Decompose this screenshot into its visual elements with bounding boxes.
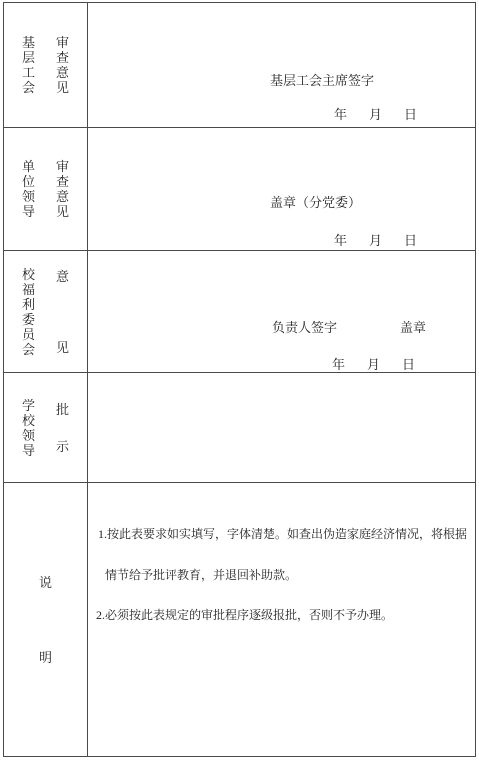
remark-line-3: 2.必须按此表规定的审批程序逐级报批，否则不予办理。	[96, 608, 393, 623]
approval-form-page: 基层工会 审查意见 基层工会主席签字 年 月 日 单位领导 审查意见 盖章（分党…	[0, 0, 479, 763]
row-school-leader-instruction: 学校领导 批 示	[4, 373, 475, 483]
union-chairman-signature-label: 基层工会主席签字	[270, 73, 374, 88]
date-line: 年 月 日	[332, 357, 415, 372]
vertical-label-remarks: 说 明	[39, 575, 53, 665]
header-cell-remarks: 说 明	[4, 483, 88, 756]
vertical-label-school-leader: 学校领导	[22, 398, 36, 458]
month-label: 月	[369, 107, 382, 122]
content-cell-welfare-committee: 负责人签字 盖章 年 月 日	[88, 251, 475, 372]
vertical-label-grassroots-union: 基层工会	[22, 35, 36, 95]
vertical-label-instruction: 批 示	[56, 402, 70, 454]
content-cell-grassroots-union: 基层工会主席签字 年 月 日	[88, 3, 475, 127]
vertical-label-review-opinion: 审查意见	[56, 159, 70, 219]
header-cell-school-leader: 学校领导 批 示	[4, 373, 88, 482]
date-line: 年 月 日	[334, 107, 417, 122]
month-label: 月	[369, 233, 382, 248]
content-cell-remarks: 1.按此表要求如实填写，字体清楚。如查出伪造家庭经济情况，将根据 情节给予批评教…	[88, 483, 475, 756]
day-label: 日	[402, 357, 415, 372]
day-label: 日	[404, 233, 417, 248]
header-cell-welfare-committee: 校福利委员会 意 见	[4, 251, 88, 372]
row-unit-leader-review: 单位领导 审查意见 盖章（分党委） 年 月 日	[4, 128, 475, 251]
vertical-label-unit-leader: 单位领导	[22, 159, 36, 219]
date-line: 年 月 日	[334, 233, 417, 248]
content-cell-school-leader	[88, 373, 475, 482]
day-label: 日	[404, 107, 417, 122]
content-cell-unit-leader: 盖章（分党委） 年 月 日	[88, 128, 475, 250]
vertical-label-review-opinion: 审查意见	[56, 35, 70, 95]
remark-line-1: 1.按此表要求如实填写，字体清楚。如查出伪造家庭经济情况，将根据	[98, 527, 467, 542]
year-label: 年	[334, 233, 347, 248]
seal-party-committee-label: 盖章（分党委）	[270, 195, 361, 210]
header-cell-grassroots-union: 基层工会 审查意见	[4, 3, 88, 127]
row-remarks: 说 明 1.按此表要求如实填写，字体清楚。如查出伪造家庭经济情况，将根据 情节给…	[4, 483, 475, 756]
header-cell-unit-leader: 单位领导 审查意见	[4, 128, 88, 250]
remark-line-2: 情节给予批评教育，并退回补助款。	[105, 568, 297, 583]
year-label: 年	[334, 107, 347, 122]
responsible-person-signature-label: 负责人签字	[272, 320, 337, 335]
vertical-label-opinion: 意 见	[56, 269, 70, 355]
year-label: 年	[332, 357, 345, 372]
row-grassroots-union-review: 基层工会 审查意见 基层工会主席签字 年 月 日	[4, 3, 475, 128]
vertical-label-welfare-committee: 校福利委员会	[22, 267, 36, 357]
month-label: 月	[367, 357, 380, 372]
row-welfare-committee-opinion: 校福利委员会 意 见 负责人签字 盖章 年 月 日	[4, 251, 475, 373]
seal-label: 盖章	[400, 320, 426, 335]
approval-form-table: 基层工会 审查意见 基层工会主席签字 年 月 日 单位领导 审查意见 盖章（分党…	[3, 2, 476, 757]
